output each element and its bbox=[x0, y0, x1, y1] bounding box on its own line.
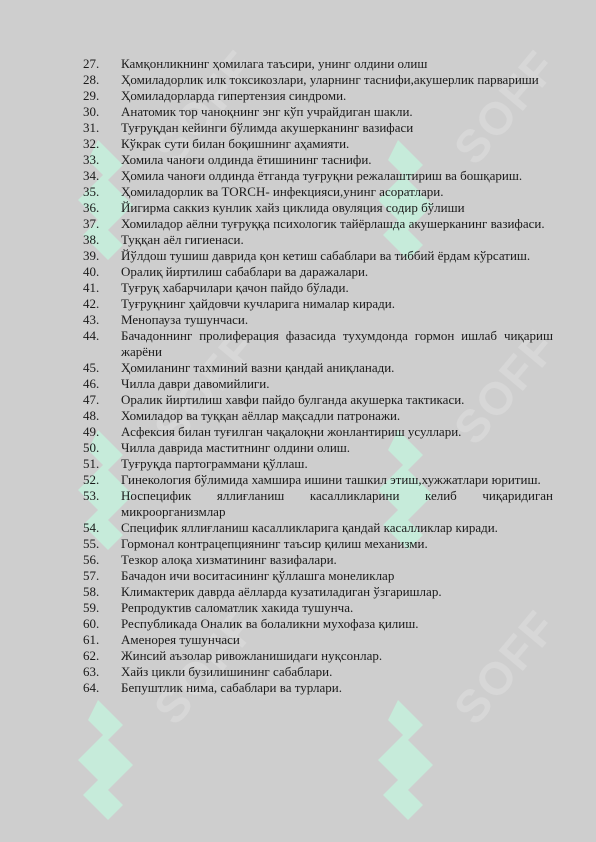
item-number: 33. bbox=[83, 152, 121, 168]
item-number: 42. bbox=[83, 296, 121, 312]
item-text: Климактерик даврда аёлларда кузатиладига… bbox=[121, 584, 553, 600]
item-number: 53. bbox=[83, 488, 121, 520]
item-text: Ҳомиланинг тахминий вазни қандай аниқлан… bbox=[121, 360, 553, 376]
item-text: Туғруқнинг ҳайдовчи кучларига нималар ки… bbox=[121, 296, 553, 312]
item-text: Гинекология бўлимида хамшира ишини ташки… bbox=[121, 472, 553, 488]
item-text: Гормонал контрацепциянинг таъсир қилиш м… bbox=[121, 536, 553, 552]
list-item: 64.Бепуштлик нима, сабаблари ва турлари. bbox=[83, 680, 553, 696]
item-text: Туққан аёл гигиенаси. bbox=[121, 232, 553, 248]
list-item: 34.Ҳомила чаноғи олдинда ётганда туғруқн… bbox=[83, 168, 553, 184]
item-text: Хайз цикли бузилишининг сабаблари. bbox=[121, 664, 553, 680]
item-text: Ҳомиладорлик ва TORCH- инфекцияси,унинг … bbox=[121, 184, 553, 200]
item-text: Ҳомиладорларда гипертензия синдроми. bbox=[121, 88, 553, 104]
list-item: 38.Туққан аёл гигиенаси. bbox=[83, 232, 553, 248]
item-number: 46. bbox=[83, 376, 121, 392]
item-number: 30. bbox=[83, 104, 121, 120]
item-text: Чилла даврида маститнинг олдини олиш. bbox=[121, 440, 553, 456]
list-item: 28.Ҳомиладорлик илк токсикозлари, уларни… bbox=[83, 72, 553, 88]
item-number: 44. bbox=[83, 328, 121, 360]
item-text: Ҳомила чаноғи олдинда ётганда туғруқни р… bbox=[121, 168, 553, 184]
question-list: 27.Камқонликнинг ҳомилага таъсири, унинг… bbox=[83, 56, 553, 696]
item-text: Хомила чаноғи олдинда ётишининг таснифи. bbox=[121, 152, 553, 168]
item-number: 58. bbox=[83, 584, 121, 600]
item-text: Камқонликнинг ҳомилага таъсири, унинг ол… bbox=[121, 56, 553, 72]
item-number: 59. bbox=[83, 600, 121, 616]
item-text: Бачадон ичи воситасининг қўллашга монели… bbox=[121, 568, 553, 584]
item-number: 32. bbox=[83, 136, 121, 152]
item-number: 47. bbox=[83, 392, 121, 408]
list-item: 63.Хайз цикли бузилишининг сабаблари. bbox=[83, 664, 553, 680]
list-item: 49.Асфексия билан туғилган чақалоқни жон… bbox=[83, 424, 553, 440]
item-text: Ҳомиладорлик илк токсикозлари, уларнинг … bbox=[121, 72, 553, 88]
item-number: 38. bbox=[83, 232, 121, 248]
item-number: 27. bbox=[83, 56, 121, 72]
item-number: 60. bbox=[83, 616, 121, 632]
item-text: Бепуштлик нима, сабаблари ва турлари. bbox=[121, 680, 553, 696]
item-number: 31. bbox=[83, 120, 121, 136]
list-item: 36.Йигирма саккиз кунлик хайз циклида ов… bbox=[83, 200, 553, 216]
item-text: Репродуктив саломатлик хакида тушунча. bbox=[121, 600, 553, 616]
item-number: 28. bbox=[83, 72, 121, 88]
list-item: 59.Репродуктив саломатлик хакида тушунча… bbox=[83, 600, 553, 616]
item-text: Чилла даври давомийлиги. bbox=[121, 376, 553, 392]
item-number: 52. bbox=[83, 472, 121, 488]
list-item: 61.Аменорея тушунчаси bbox=[83, 632, 553, 648]
item-number: 61. bbox=[83, 632, 121, 648]
list-item: 43.Менопауза тушунчаси. bbox=[83, 312, 553, 328]
list-item: 32.Кўкрак сути билан боқишнинг аҳамияти. bbox=[83, 136, 553, 152]
watermark-logo-icon bbox=[378, 700, 448, 820]
list-item: 40.Оралиқ йиртилиш сабаблари ва даражала… bbox=[83, 264, 553, 280]
list-item: 50.Чилла даврида маститнинг олдини олиш. bbox=[83, 440, 553, 456]
list-item: 46.Чилла даври давомийлиги. bbox=[83, 376, 553, 392]
item-text: Тезкор алоқа хизматининг вазифалари. bbox=[121, 552, 553, 568]
item-text: Специфик яллиғланиш касалликларига қанда… bbox=[121, 520, 553, 536]
list-item: 53.Носпецифик яллиғланиш касалликларини … bbox=[83, 488, 553, 520]
item-text: Менопауза тушунчаси. bbox=[121, 312, 553, 328]
list-item: 35.Ҳомиладорлик ва TORCH- инфекцияси,уни… bbox=[83, 184, 553, 200]
list-item: 57.Бачадон ичи воситасининг қўллашга мон… bbox=[83, 568, 553, 584]
item-number: 48. bbox=[83, 408, 121, 424]
item-number: 54. bbox=[83, 520, 121, 536]
item-number: 43. bbox=[83, 312, 121, 328]
item-number: 40. bbox=[83, 264, 121, 280]
list-item: 42.Туғруқнинг ҳайдовчи кучларига нималар… bbox=[83, 296, 553, 312]
list-item: 29.Ҳомиладорларда гипертензия синдроми. bbox=[83, 88, 553, 104]
item-number: 37. bbox=[83, 216, 121, 232]
item-text: Йўлдош тушиш даврида қон кетиш сабаблари… bbox=[121, 248, 553, 264]
item-text: Туғруқдан кейинги бўлимда акушерканинг в… bbox=[121, 120, 553, 136]
item-number: 36. bbox=[83, 200, 121, 216]
list-item: 39.Йўлдош тушиш даврида қон кетиш сабабл… bbox=[83, 248, 553, 264]
item-number: 35. bbox=[83, 184, 121, 200]
item-text: Кўкрак сути билан боқишнинг аҳамияти. bbox=[121, 136, 553, 152]
list-item: 47.Оралик йиртилиш хавфи пайдо булганда … bbox=[83, 392, 553, 408]
list-item: 58.Климактерик даврда аёлларда кузатилад… bbox=[83, 584, 553, 600]
list-item: 52.Гинекология бўлимида хамшира ишини та… bbox=[83, 472, 553, 488]
item-text: Оралиқ йиртилиш сабаблари ва даражалари. bbox=[121, 264, 553, 280]
list-item: 51.Туғруқда партограммани қўллаш. bbox=[83, 456, 553, 472]
item-text: Жинсий аъзолар ривожланишидаги нуқсонлар… bbox=[121, 648, 553, 664]
list-item: 30.Анатомик тор чаноқнинг энг кўп учрайд… bbox=[83, 104, 553, 120]
item-number: 39. bbox=[83, 248, 121, 264]
list-item: 55.Гормонал контрацепциянинг таъсир қили… bbox=[83, 536, 553, 552]
item-text: Оралик йиртилиш хавфи пайдо булганда аку… bbox=[121, 392, 553, 408]
list-item: 37.Хомиладор аёлни туғруққа психологик т… bbox=[83, 216, 553, 232]
item-number: 55. bbox=[83, 536, 121, 552]
item-number: 64. bbox=[83, 680, 121, 696]
list-item: 41.Туғруқ хабарчилари қачон пайдо бўлади… bbox=[83, 280, 553, 296]
list-item: 62.Жинсий аъзолар ривожланишидаги нуқсон… bbox=[83, 648, 553, 664]
list-item: 44.Бачадоннинг пролиферация фазасида тух… bbox=[83, 328, 553, 360]
item-number: 56. bbox=[83, 552, 121, 568]
item-number: 57. bbox=[83, 568, 121, 584]
list-item: 54.Специфик яллиғланиш касалликларига қа… bbox=[83, 520, 553, 536]
item-text: Хомиладор аёлни туғруққа психологик тайё… bbox=[121, 216, 553, 232]
item-text: Туғруқда партограммани қўллаш. bbox=[121, 456, 553, 472]
item-number: 29. bbox=[83, 88, 121, 104]
item-text: Аменорея тушунчаси bbox=[121, 632, 553, 648]
item-text: Анатомик тор чаноқнинг энг кўп учрайдига… bbox=[121, 104, 553, 120]
item-text: Туғруқ хабарчилари қачон пайдо бўлади. bbox=[121, 280, 553, 296]
item-number: 34. bbox=[83, 168, 121, 184]
item-number: 63. bbox=[83, 664, 121, 680]
item-text: Бачадоннинг пролиферация фазасида тухумд… bbox=[121, 328, 553, 360]
list-item: 31.Туғруқдан кейинги бўлимда акушерканин… bbox=[83, 120, 553, 136]
item-number: 41. bbox=[83, 280, 121, 296]
item-number: 62. bbox=[83, 648, 121, 664]
list-item: 56.Тезкор алоқа хизматининг вазифалари. bbox=[83, 552, 553, 568]
item-number: 49. bbox=[83, 424, 121, 440]
watermark-logo-icon bbox=[78, 700, 148, 820]
item-text: Асфексия билан туғилган чақалоқни жонлан… bbox=[121, 424, 553, 440]
item-text: Республикада Оналик ва болаликни мухофаз… bbox=[121, 616, 553, 632]
item-text: Носпецифик яллиғланиш касалликларини кел… bbox=[121, 488, 553, 520]
list-item: 60.Республикада Оналик ва болаликни мухо… bbox=[83, 616, 553, 632]
item-text: Йигирма саккиз кунлик хайз циклида овуля… bbox=[121, 200, 553, 216]
list-item: 33.Хомила чаноғи олдинда ётишининг тасни… bbox=[83, 152, 553, 168]
item-number: 45. bbox=[83, 360, 121, 376]
item-text: Хомиладор ва туққан аёллар мақсадли патр… bbox=[121, 408, 553, 424]
list-item: 45.Ҳомиланинг тахминий вазни қандай аниқ… bbox=[83, 360, 553, 376]
item-number: 50. bbox=[83, 440, 121, 456]
list-item: 27.Камқонликнинг ҳомилага таъсири, унинг… bbox=[83, 56, 553, 72]
list-item: 48.Хомиладор ва туққан аёллар мақсадли п… bbox=[83, 408, 553, 424]
item-number: 51. bbox=[83, 456, 121, 472]
